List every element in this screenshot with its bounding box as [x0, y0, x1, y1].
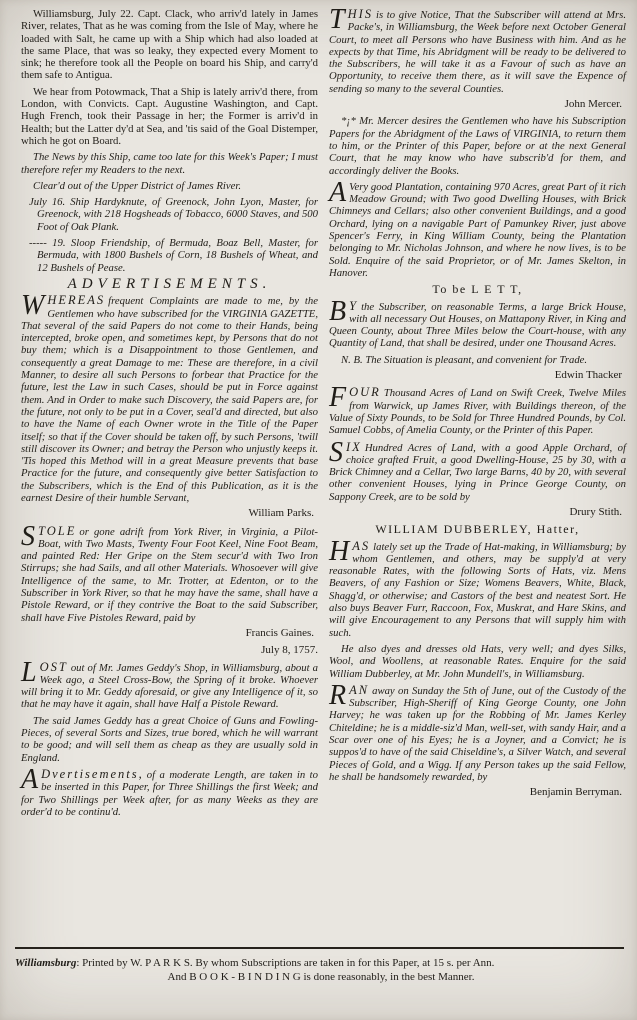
imprint-line2: And B O O K - B I N D I N G is done reas…: [15, 971, 627, 985]
paragraph-text: The said James Geddy has a great Choice …: [21, 715, 318, 764]
drop-cap: A: [21, 768, 41, 791]
ad-six-hundred-acres: SIXHundred Acres of Land, with a good Ap…: [329, 441, 626, 503]
paragraph-text: Very good Plantation, containing 970 Acr…: [329, 181, 626, 279]
lead-word: Dvertisements,: [41, 767, 144, 781]
ad-dubberley-hats: HASlately set up the Trade of Hat-making…: [329, 540, 626, 639]
paragraph-text: Williamsburg, July 22. Capt. Clack, who …: [21, 8, 318, 81]
left-column: Williamsburg, July 22. Capt. Clack, who …: [21, 8, 318, 822]
news-capt-clack: Williamsburg, July 22. Capt. Clack, who …: [21, 8, 318, 82]
paragraph-text: away on Sunday the 5th of June, out of t…: [329, 685, 626, 783]
drop-cap: A: [329, 181, 349, 204]
ad-lost-crossbow: LOSTout of Mr. James Geddy's Shop, in Wi…: [21, 661, 318, 711]
drop-cap: B: [329, 300, 349, 323]
lead-word: IX: [346, 440, 362, 454]
dateline: July 8, 1757.: [21, 644, 318, 656]
clearance-friendship: ----- 19. Sloop Friendship, of Bermuda, …: [21, 237, 318, 274]
lead-word: TOLE: [38, 524, 76, 538]
clearances-heading: Clear'd out of the Upper District of Jam…: [21, 180, 318, 192]
signature: Francis Gaines.: [21, 627, 314, 639]
lead-word: OUR: [349, 385, 381, 399]
lead-word: AN: [349, 683, 369, 697]
lead-word: OST: [40, 660, 68, 674]
signature: John Mercer.: [329, 98, 622, 110]
paragraph-text: ----- 19. Sloop Friendship, of Bermuda, …: [29, 237, 318, 274]
lead-word: AS: [352, 539, 370, 553]
drop-cap: L: [21, 661, 40, 684]
clearance-hardyknute: July 16. Ship Hardyknute, of Greenock, J…: [21, 196, 318, 233]
paragraph-text: lately set up the Trade of Hat-making, i…: [329, 541, 626, 639]
lead-word: Y: [349, 299, 358, 313]
paragraph-text: frequent Complaints are made to me, by t…: [21, 295, 318, 504]
editor-note: The News by this Ship, came too late for…: [21, 151, 318, 176]
paragraph-text: is to give Notice, That the Subscriber w…: [329, 9, 626, 95]
ad-rates-notice: ADvertisements,of a moderate Length, are…: [21, 768, 318, 818]
paragraph-text: The News by this Ship, came too late for…: [21, 151, 318, 175]
footer-divider-rule: [15, 947, 624, 949]
imprint-place: Williamsburg: [15, 957, 76, 969]
dubberley-heading: WILLIAM DUBBERLEY, Hatter,: [329, 523, 626, 535]
ad-geddy-guns: The said James Geddy has a great Choice …: [21, 715, 318, 764]
paragraph-text: WILLIAM DUBBERLEY, Hatter,: [375, 522, 579, 536]
paragraph-text: or gone adrift from York River, in Virgi…: [21, 526, 318, 624]
imprint-footer: Williamsburg: Printed by W. P A R K S. B…: [15, 957, 627, 984]
signature: Drury Stith.: [329, 506, 622, 518]
lead-word: HEREAS: [47, 293, 105, 307]
imprint-line1-text: : Printed by W. P A R K S. By whom Subsc…: [76, 957, 494, 969]
paragraph-text: Clear'd out of the Upper District of Jam…: [33, 180, 241, 192]
drop-cap: F: [329, 386, 349, 409]
ad-brick-house-lett: BYthe Subscriber, on reasonable Terms, a…: [329, 300, 626, 350]
signature: Benjamin Berryman.: [329, 786, 622, 798]
ad-mercer-subscription: *¡* Mr. Mercer desires the Gentlemen who…: [329, 115, 626, 176]
ad-nb-situation: N. B. The Situation is pleasant, and con…: [329, 354, 626, 366]
paragraph-text: N. B. The Situation is pleasant, and con…: [341, 354, 587, 366]
ad-plantation-pamunkey: AVery good Plantation, containing 970 Ac…: [329, 181, 626, 279]
paragraph-text: We hear from Potowmack, That a Ship is l…: [21, 86, 318, 147]
newspaper-page: Williamsburg, July 22. Capt. Clack, who …: [0, 0, 637, 1020]
paragraph-text: ADVERTISEMENTS.: [68, 276, 272, 292]
paragraph-text: To be L E T T,: [432, 282, 522, 296]
lead-word: HIS: [348, 7, 373, 21]
drop-cap: S: [21, 525, 38, 548]
right-column: THISis to give Notice, That the Subscrib…: [329, 8, 626, 804]
news-potowmack: We hear from Potowmack, That a Ship is l…: [21, 86, 318, 147]
ad-dubberley-dyes: He also dyes and dresses old Hats, very …: [329, 643, 626, 680]
drop-cap: S: [329, 441, 346, 464]
signature: Edwin Thacker: [329, 369, 622, 381]
ad-stole-pilot-boat: STOLEor gone adrift from York River, in …: [21, 525, 318, 624]
ad-four-thousand-acres: FOURThousand Acres of Land on Swift Cree…: [329, 386, 626, 436]
imprint-line1: Williamsburg: Printed by W. P A R K S. B…: [15, 957, 627, 971]
ad-ran-away-harvey: RANaway on Sunday the 5th of June, out o…: [329, 684, 626, 783]
drop-cap: T: [329, 8, 348, 31]
paragraph-text: He also dyes and dresses old Hats, very …: [329, 643, 626, 680]
paragraph-text: July 8, 1757.: [261, 644, 318, 656]
paragraph-text: *¡* Mr. Mercer desires the Gentlemen who…: [329, 115, 626, 176]
to-be-lett-heading: To be L E T T,: [329, 283, 626, 295]
signature: William Parks.: [21, 507, 314, 519]
ad-mercer-notice: THISis to give Notice, That the Subscrib…: [329, 8, 626, 95]
ad-whereas-parks: WHEREASfrequent Complaints are made to m…: [21, 294, 318, 504]
advertisements-heading: ADVERTISEMENTS.: [21, 278, 318, 290]
drop-cap: W: [21, 294, 47, 317]
drop-cap: R: [329, 684, 349, 707]
paragraph-text: July 16. Ship Hardyknute, of Greenock, J…: [29, 196, 318, 233]
paragraph-text: Hundred Acres of Land, with a good Apple…: [329, 442, 626, 503]
paragraph-text: the Subscriber, on reasonable Terms, a l…: [329, 301, 626, 350]
drop-cap: H: [329, 540, 352, 563]
